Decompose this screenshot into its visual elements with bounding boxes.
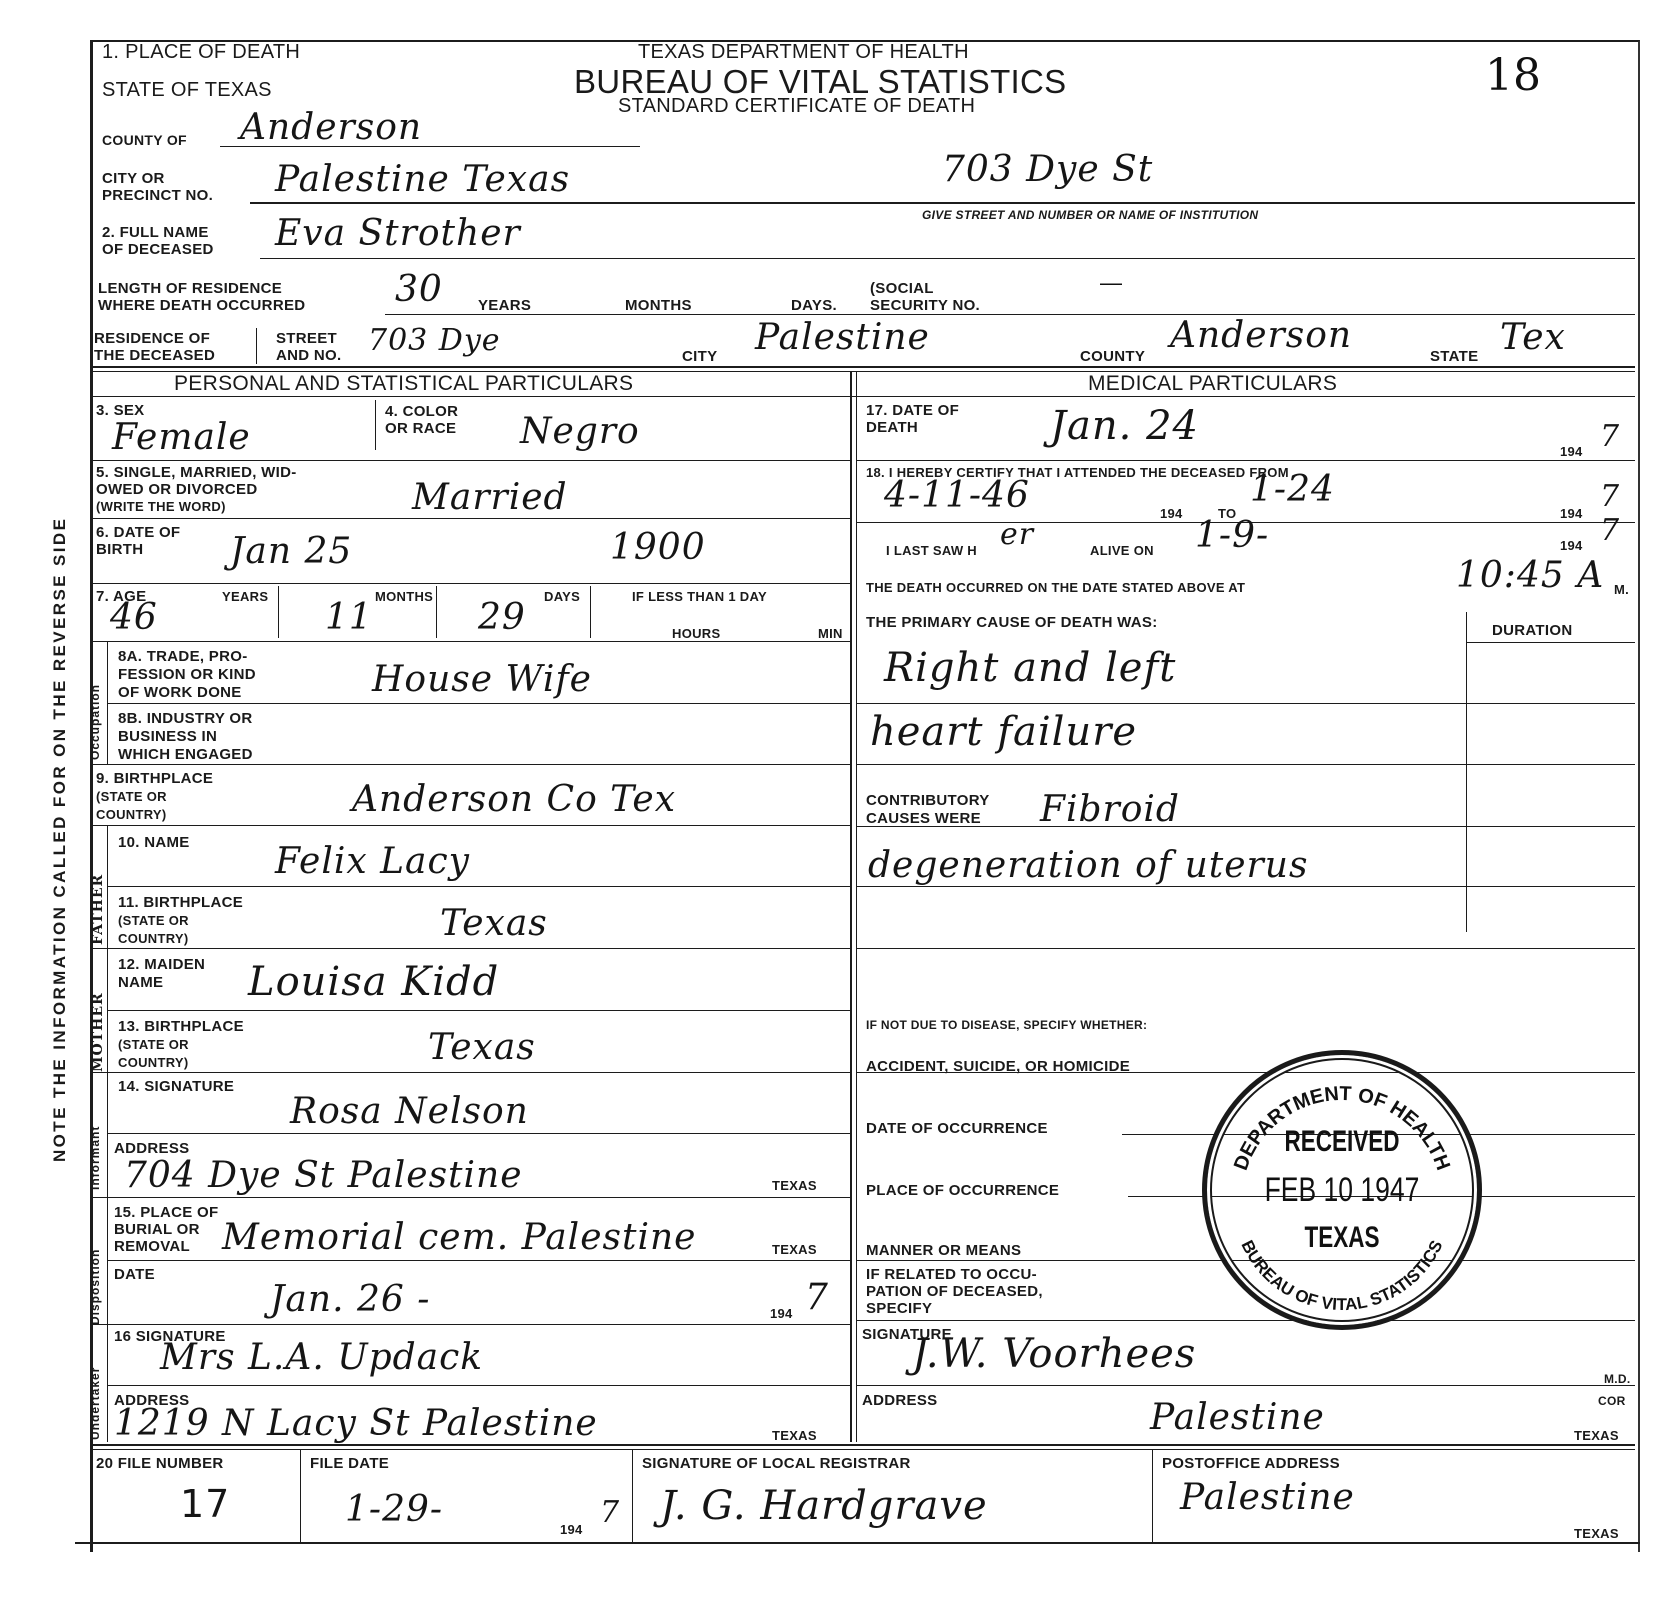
bottom-border (75, 1542, 1640, 1544)
undertaker-signature: Mrs L.A. Updack (160, 1338, 483, 1378)
postoffice-label: POSTOFFICE ADDRESS (1162, 1455, 1340, 1472)
line-age (90, 641, 850, 642)
file-date-label: FILE DATE (310, 1455, 389, 1472)
line-marital (90, 518, 850, 519)
date-of-death: Jan. 24 (1050, 406, 1199, 446)
mother-name: Louisa Kidd (248, 962, 499, 1002)
registrar-signature: J. G. Hardgrave (660, 1486, 988, 1526)
occ-related-3: SPECIFY (866, 1300, 932, 1317)
dob-year: 1900 (610, 528, 706, 568)
dod-label-1: 17. DATE OF (866, 402, 959, 419)
burial-date-label: DATE (114, 1266, 155, 1283)
birthplace-label-3: COUNTRY) (96, 807, 167, 822)
city-label-2: PRECINCT NO. (102, 187, 213, 204)
age-div-3 (590, 586, 591, 638)
manner-label: MANNER OR MEANS (866, 1242, 1021, 1259)
years-value: 30 (395, 270, 443, 310)
line-informant-addr (90, 1197, 850, 1198)
ssn-label-2: SECURITY NO. (870, 297, 980, 314)
occurrence-place-label: PLACE OF OCCURRENCE (866, 1182, 1059, 1199)
certificate-title: STANDARD CERTIFICATE OF DEATH (618, 98, 975, 115)
burial-date: Jan. 26 - (270, 1280, 430, 1320)
burial-texas: TEXAS (772, 1242, 817, 1257)
occ-related-1: IF RELATED TO OCCU- (866, 1266, 1037, 1283)
race-label-1: 4. COLOR (385, 403, 458, 420)
line-sex (90, 460, 850, 461)
mother-name-label-1: 12. MAIDEN (118, 956, 205, 973)
mother-bp-label-2: (STATE OR (118, 1037, 189, 1052)
middle-divider-2 (856, 372, 857, 1442)
line-trade (107, 703, 850, 704)
marital-label-2: OWED OR DIVORCED (96, 481, 257, 498)
age-days-label: DAYS (544, 589, 580, 604)
primary-cause-1: Right and left (884, 648, 1176, 688)
line-industry (90, 764, 850, 765)
mother-birthplace: Texas (428, 1028, 536, 1068)
father-bp-label-2: (STATE OR (118, 913, 189, 928)
line-burial (107, 1260, 850, 1261)
sex-race-divider (375, 400, 376, 450)
years-label: YEARS (478, 297, 531, 314)
hours-label: HOURS (672, 626, 720, 641)
name-line (260, 258, 1635, 259)
informant-side-label: Informant (88, 1126, 102, 1190)
age-years-value: 46 (110, 598, 158, 638)
attended-year-prefix-1: 194 (1160, 506, 1183, 521)
line-dod (856, 460, 1635, 461)
residence-state: Tex (1500, 318, 1566, 358)
state-label: STATE OF TEXAS (102, 82, 272, 99)
father-name-label: 10. NAME (118, 834, 190, 851)
cor-label: COR (1598, 1394, 1626, 1408)
burial-label-3: REMOVAL (114, 1238, 190, 1255)
name-label-1: 2. FULL NAME (102, 224, 209, 241)
attended-to-year: 7 (1600, 480, 1620, 514)
last-saw-label: I LAST SAW H (886, 543, 977, 558)
age-months-value: 11 (325, 598, 373, 638)
dod-year-prefix: 194 (1560, 444, 1583, 459)
sex-value: Female (112, 418, 251, 458)
primary-cause-label: THE PRIMARY CAUSE OF DEATH WAS: (866, 614, 1158, 631)
burial-year-prefix: 194 (770, 1306, 793, 1321)
street-hint: GIVE STREET AND NUMBER OR NAME OF INSTIT… (922, 208, 1258, 222)
line-mother-bp (90, 1072, 850, 1073)
residence-city: Palestine (755, 318, 930, 358)
age-years-label: YEARS (222, 589, 268, 604)
ssn-value: — (1100, 270, 1122, 296)
contributory-1: Fibroid (1040, 790, 1180, 830)
burial-place: Memorial cem. Palestine (222, 1218, 696, 1258)
attended-to: 1-24 (1250, 470, 1335, 510)
middle-divider (850, 372, 852, 1442)
father-birthplace: Texas (440, 904, 548, 944)
registrar-div-3 (1152, 1450, 1153, 1542)
father-name: Felix Lacy (275, 842, 470, 882)
side-note: NOTE THE INFORMATION CALLED FOR ON THE R… (50, 517, 70, 1162)
dob-month-day: Jan 25 (230, 532, 352, 572)
father-bp-label-1: 11. BIRTHPLACE (118, 894, 243, 911)
physician-address: Palestine (1150, 1398, 1325, 1438)
industry-label-3: WHICH ENGAGED (118, 746, 253, 763)
residence-line (90, 366, 1635, 368)
dob-label-1: 6. DATE OF (96, 524, 180, 541)
marital-value: Married (412, 478, 568, 518)
dept-title: TEXAS DEPARTMENT OF HEALTH (638, 44, 969, 61)
street-label-1: STREET (276, 330, 337, 347)
file-number: 17 (180, 1484, 230, 1524)
contributory-2: degeneration of uterus (868, 846, 1308, 886)
disposition-side-label: Disposition (88, 1249, 102, 1325)
contrib-label-2: CAUSES WERE (866, 810, 981, 827)
file-year-prefix: 194 (560, 1522, 583, 1537)
trade-value: House Wife (372, 660, 592, 700)
dod-year-suffix: 7 (1600, 420, 1620, 454)
county-label: COUNTY OF (102, 132, 187, 149)
line-contrib-3 (856, 948, 1635, 949)
marital-label-3: (WRITE THE WORD) (96, 499, 226, 514)
race-label-2: OR RACE (385, 420, 456, 437)
line-cause-2 (856, 764, 1635, 765)
file-year-suffix: 7 (600, 1496, 620, 1530)
age-div-1 (278, 586, 279, 638)
deceased-name: Eva Strother (275, 214, 521, 254)
city-value: Palestine Texas (275, 160, 570, 200)
stamp-date: FEB 10 1947 (1237, 1171, 1448, 1210)
less-than-day-label: IF LESS THAN 1 DAY (632, 589, 767, 604)
mother-bp-label-3: COUNTRY) (118, 1055, 189, 1070)
burial-label-1: 15. PLACE OF (114, 1204, 218, 1221)
marital-label-1: 5. SINGLE, MARRIED, WID- (96, 464, 297, 481)
informant-sig-label: 14. SIGNATURE (118, 1078, 234, 1095)
certificate-number: 18 (1485, 50, 1541, 101)
last-saw-year-prefix: 194 (1560, 538, 1583, 553)
name-label-2: OF DECEASED (102, 241, 214, 258)
line-contrib-2 (856, 886, 1635, 887)
county-line (220, 146, 640, 147)
alive-on-label: ALIVE ON (1090, 543, 1154, 558)
line-mother-name (107, 1010, 850, 1011)
trade-label-2: FESSION OR KIND (118, 666, 256, 683)
residence-county: Anderson (1170, 316, 1352, 356)
residence-label-1: RESIDENCE OF (94, 330, 210, 347)
undertaker-side-label: Undertaker (88, 1367, 102, 1440)
line-undertaker-sig (107, 1385, 850, 1386)
undertaker-address: 1219 N Lacy St Palestine (114, 1404, 598, 1444)
contrib-label-1: CONTRIBUTORY (866, 792, 990, 809)
physician-texas: TEXAS (1574, 1428, 1619, 1443)
res-state-label: STATE (1430, 348, 1478, 365)
item-1-label: 1. PLACE OF DEATH (102, 44, 300, 61)
age-div-2 (436, 586, 437, 638)
line-dob (90, 583, 850, 584)
primary-cause-2: heart failure (870, 712, 1137, 752)
file-number-label: 20 FILE NUMBER (96, 1455, 224, 1472)
dod-label-2: DEATH (866, 419, 918, 436)
line-registrar-top (90, 1444, 1635, 1446)
undertaker-side-bar (107, 1325, 108, 1442)
res-len-line (385, 314, 1635, 315)
county-value: Anderson (240, 108, 422, 148)
death-time: 10:45 A (1456, 556, 1604, 596)
occupation-side-label: Occupation (88, 684, 102, 760)
race-value: Negro (520, 412, 640, 452)
not-disease-label: IF NOT DUE TO DISEASE, SPECIFY WHETHER: (866, 1018, 1147, 1032)
physician-signature: J.W. Voorhees (912, 1334, 1196, 1374)
occ-related-2: PATION OF DECEASED, (866, 1283, 1043, 1300)
father-bp-label-3: COUNTRY) (118, 931, 189, 946)
burial-label-2: BURIAL OR (114, 1221, 200, 1238)
stamp-received: RECEIVED (1241, 1125, 1444, 1159)
attended-year-prefix-2: 194 (1560, 506, 1583, 521)
medical-section-title: MEDICAL PARTICULARS (1088, 372, 1337, 396)
mother-side-label: MOTHER (90, 992, 106, 1072)
stamp-state: TEXAS (1241, 1221, 1444, 1255)
line-informant-sig (107, 1133, 850, 1134)
residence-label-2: THE DECEASED (94, 347, 215, 364)
mother-name-label-2: NAME (118, 974, 163, 991)
ssn-label-1: (SOCIAL (870, 280, 934, 297)
birthplace-label-2: (STATE OR (96, 789, 167, 804)
min-label: MIN (818, 626, 843, 641)
burial-year-suffix: 7 (805, 1278, 829, 1318)
city-line (250, 202, 1635, 204)
registrar-div-2 (632, 1450, 633, 1542)
death-time-suffix: M. (1614, 582, 1629, 597)
res-city-label: CITY (682, 348, 717, 365)
dob-label-2: BIRTH (96, 541, 143, 558)
duration-divider (1466, 612, 1467, 932)
street-label-2: AND NO. (276, 347, 341, 364)
received-stamp: DEPARTMENT OF HEALTH BUREAU OF VITAL STA… (1202, 1050, 1482, 1330)
last-saw-pronoun: er (1000, 518, 1034, 552)
line-contrib-1 (856, 826, 1635, 827)
trade-label-1: 8A. TRADE, PRO- (118, 648, 248, 665)
line-cause-1 (856, 703, 1635, 704)
father-side-label: FATHER (90, 874, 106, 945)
disposition-side-bar (107, 1198, 108, 1325)
days-label: DAYS. (791, 297, 837, 314)
md-label: M.D. (1604, 1372, 1631, 1386)
occurrence-date-label: DATE OF OCCURRENCE (866, 1120, 1048, 1137)
informant-texas: TEXAS (772, 1178, 817, 1193)
father-side-bar (107, 826, 108, 948)
postoffice-address: Palestine (1180, 1478, 1355, 1518)
age-days-value: 29 (478, 598, 526, 638)
registrar-sig-label: SIGNATURE OF LOCAL REGISTRAR (642, 1455, 911, 1472)
line-father-name (107, 886, 850, 887)
res-len-label-1: LENGTH OF RESIDENCE (98, 280, 282, 297)
last-saw-date: 1-9- (1195, 516, 1269, 556)
line-birthplace (90, 825, 850, 826)
res-county-label: COUNTY (1080, 348, 1145, 365)
industry-label-1: 8B. INDUSTRY OR (118, 710, 253, 727)
res-len-label-2: WHERE DEATH OCCURRED (98, 297, 305, 314)
informant-signature: Rosa Nelson (290, 1092, 529, 1132)
last-saw-year: 7 (1600, 514, 1620, 548)
physician-addr-label: ADDRESS (862, 1392, 937, 1409)
death-street-value: 703 Dye St (942, 150, 1153, 190)
age-months-label: MONTHS (375, 589, 433, 604)
file-date: 1-29- (345, 1490, 443, 1530)
line-physician-sig (856, 1385, 1635, 1386)
months-label: MONTHS (625, 297, 692, 314)
line-father-bp (90, 948, 850, 949)
death-time-label: THE DEATH OCCURRED ON THE DATE STATED AB… (866, 580, 1245, 595)
industry-label-2: BUSINESS IN (118, 728, 217, 745)
section-line (90, 396, 1635, 397)
line-registrar-top-2 (90, 1449, 1635, 1450)
birthplace-value: Anderson Co Tex (352, 780, 676, 820)
residence-street: 703 Dye (368, 324, 501, 358)
registrar-div-1 (300, 1450, 301, 1542)
city-label-1: CITY OR (102, 170, 165, 187)
birthplace-label-1: 9. BIRTHPLACE (96, 770, 213, 787)
registrar-texas: TEXAS (1574, 1526, 1619, 1541)
informant-side-bar (107, 1073, 108, 1198)
informant-address: 704 Dye St Palestine (124, 1156, 523, 1196)
mother-bp-label-1: 13. BIRTHPLACE (118, 1018, 244, 1035)
line-duration-header (1466, 642, 1635, 643)
undertaker-texas: TEXAS (772, 1428, 817, 1443)
duration-label: DURATION (1492, 622, 1572, 639)
personal-section-title: PERSONAL AND STATISTICAL PARTICULARS (174, 372, 633, 396)
attended-from: 4-11-46 (884, 476, 1030, 516)
line-burial-date (90, 1324, 850, 1325)
residence-divider (256, 328, 257, 364)
trade-label-3: OF WORK DONE (118, 684, 242, 701)
